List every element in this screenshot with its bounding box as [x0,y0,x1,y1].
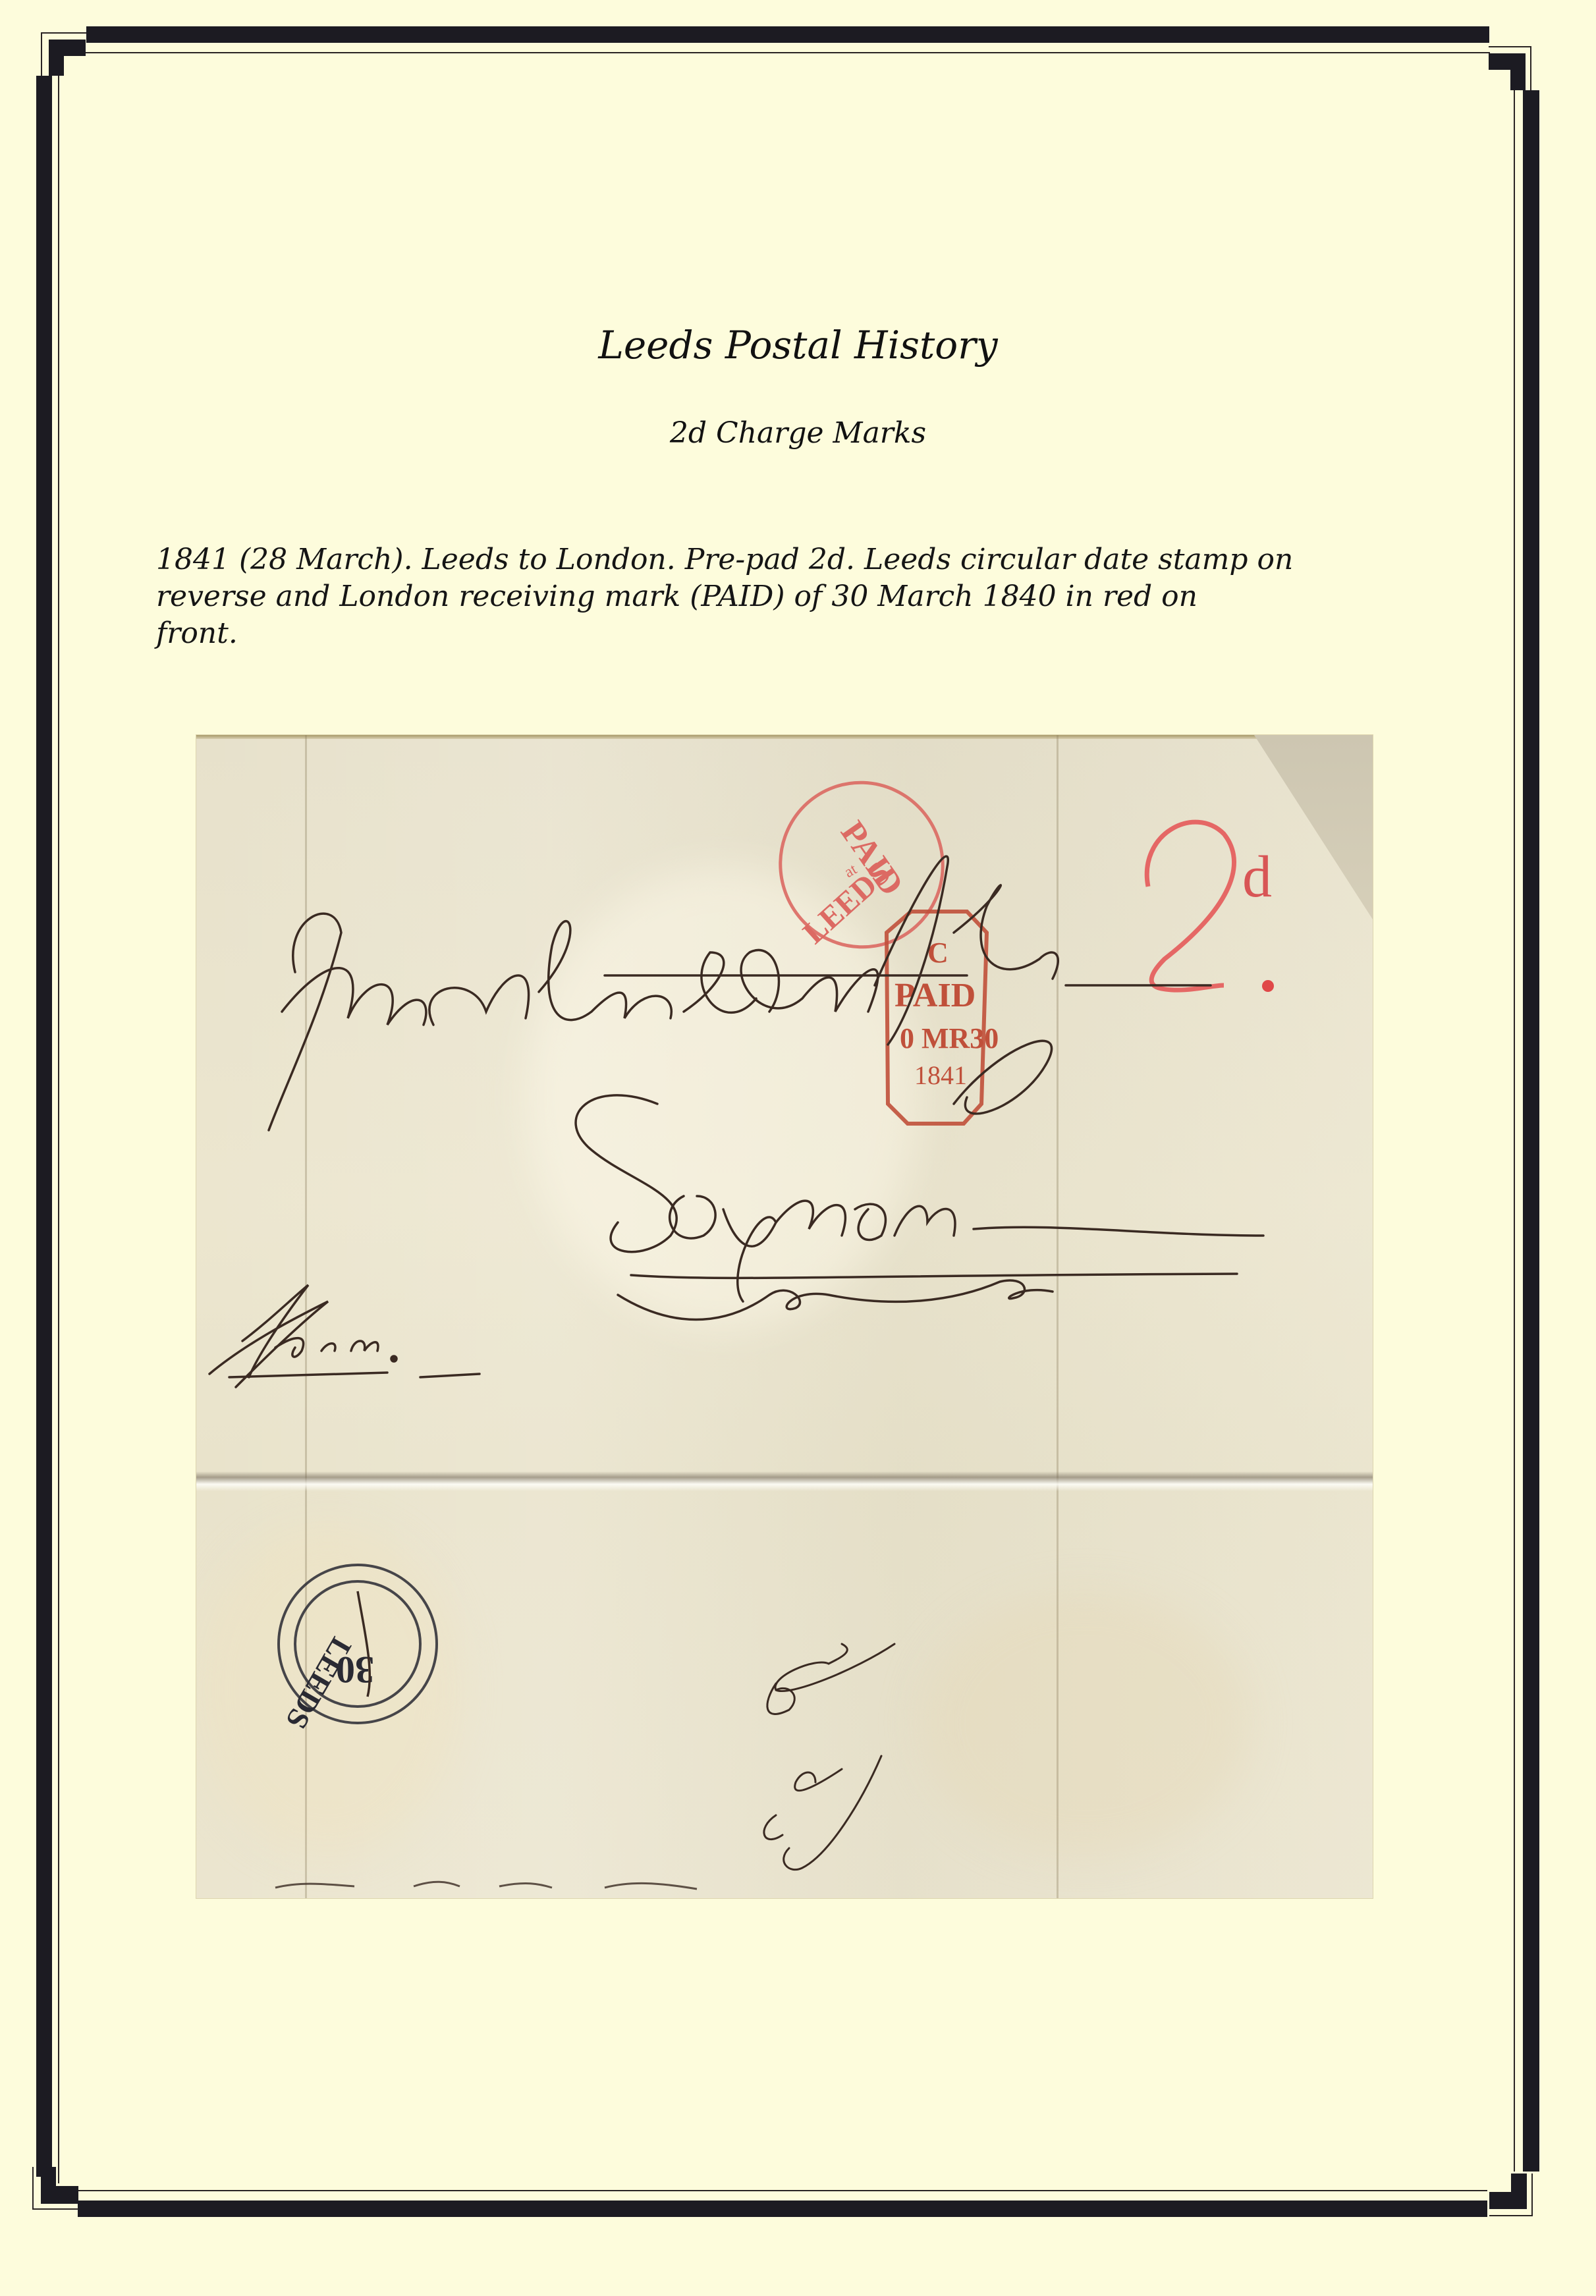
reverse-docket-writing [764,1644,894,1870]
border-right-line [1514,90,1515,2172]
handwritten-pd-annotation [209,1285,480,1387]
border-top-bar [86,26,1489,43]
border-left-line [58,76,59,2183]
page-title: Leeds Postal History [0,323,1596,368]
page-subtitle: 2d Charge Marks [0,416,1596,450]
description-line-1: 1841 (28 March). Leeds to London. Pre-pa… [156,541,1408,578]
postal-cover-image: PAID at LEEDS d C PAID 0 MR30 1841 [196,735,1373,1898]
border-right-bar [1523,90,1539,2172]
description-line-2: reverse and London receiving mark (PAID)… [156,578,1408,615]
cover-description: 1841 (28 March). Leeds to London. Pre-pa… [156,541,1408,652]
border-bottom-bar [78,2200,1487,2217]
handwritten-london [576,1095,1263,1320]
border-top-line [86,52,1490,53]
cover-markings: PAID at LEEDS d C PAID 0 MR30 1841 [196,735,1373,1898]
london-stamp-line-4: 1841 [914,1060,967,1090]
border-bottom-line [78,2190,1487,2191]
handwritten-address [269,856,1211,1130]
border-left-bar [36,76,52,2177]
bottom-cut-writing [275,1882,697,1889]
london-stamp-line-3: 0 MR30 [900,1022,999,1054]
charge-mark-value: d [1242,844,1272,910]
description-line-3: front. [156,615,1408,652]
charge-mark-2d: d [1147,822,1274,992]
